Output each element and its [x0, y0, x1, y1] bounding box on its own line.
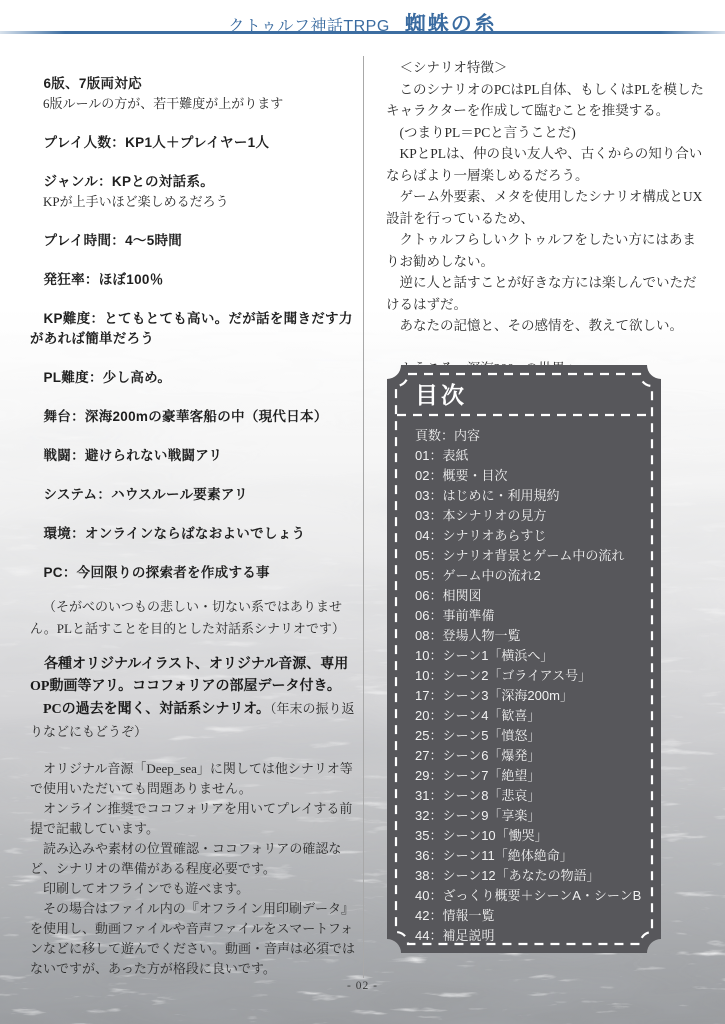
body-paragraph: オリジナル音源「Deep_sea」に関しては他シナリオ等で使用いただいても問題あ… — [30, 759, 362, 799]
toc-item: 29：シーン7「絶望」 — [415, 766, 649, 786]
toc-item: 42：情報一覧 — [415, 906, 649, 926]
spec-heading: PL難度：少し高め。 — [30, 368, 362, 388]
body-paragraph: ゲーム外要素、メタを使用したシナリオ構成とUX設計を行っているため、 — [386, 186, 706, 229]
body-paragraph: あなたの記憶と、その感情を、教えて欲しい。 — [386, 315, 706, 337]
feature-emphasis: 各種オリジナルイラスト、オリジナル音源、専用OP動画等アリ。ココフォリアの部屋デ… — [30, 654, 362, 698]
toc-item: 05：ゲーム中の流れ2 — [415, 566, 649, 586]
spec-heading: プレイ人数：KP1人＋プレイヤー1人 — [30, 133, 362, 153]
toc-title: 目次 — [415, 377, 467, 410]
body-paragraph: (つまりPL＝PCと言うことだ) — [386, 122, 706, 144]
toc-item: 06：相関図 — [415, 586, 649, 606]
body-paragraph: このシナリオのPCはPL自体、もしくはPLを模したキャラクターを作成して臨むこと… — [386, 79, 706, 122]
spec-heading: 戦闘：避けられない戦闘アリ — [30, 446, 362, 466]
left-column: 6版、7版両対応 6版ルールの方が、若干難度が上がります プレイ人数：KP1人＋… — [30, 74, 362, 979]
body-paragraph: 逆に人と話すことが好きな方には楽しんでいただけるはずだ。 — [386, 272, 706, 315]
right-column: ＜シナリオ特徴＞ このシナリオのPCはPL自体、もしくはPLを模したキャラクター… — [386, 57, 706, 379]
header-rule — [0, 31, 725, 34]
paren-note: （そがべのいつもの悲しい・切ない系ではありません。PLと話すことを目的とした対話… — [30, 596, 362, 640]
toc-item: 35：シーン10「慟哭」 — [415, 826, 649, 846]
body-paragraph: その場合はファイル内の『オフライン用印刷データ』を使用し、動画ファイルや音声ファ… — [30, 899, 362, 979]
spec-heading: 環境：オンラインならばなおよいでしょう — [30, 524, 362, 544]
toc-item: 06：事前準備 — [415, 606, 649, 626]
toc-item: 27：シーン6「爆発」 — [415, 746, 649, 766]
page-content: クトゥルフ神話TRPG蜘蛛の糸 6版、7版両対応 6版ルールの方が、若干難度が上… — [0, 0, 725, 1024]
spec-note: 6版ルールの方が、若干難度が上がります — [30, 94, 362, 114]
spec-note: KPが上手いほど楽しめるだろう — [30, 192, 362, 212]
toc-item: 36：シーン11「絶体絶命」 — [415, 846, 649, 866]
toc-item: 01：表紙 — [415, 446, 649, 466]
spec-heading: 舞台：深海200mの豪華客船の中（現代日本） — [30, 407, 362, 427]
toc-item: 05：シナリオ背景とゲーム中の流れ — [415, 546, 649, 566]
toc-item: 03：本シナリオの見方 — [415, 506, 649, 526]
toc-items: 01：表紙02：概要・目次03：はじめに・利用規約03：本シナリオの見方04：シ… — [415, 446, 649, 946]
toc-item: 03：はじめに・利用規約 — [415, 486, 649, 506]
page-number: - 02 - — [0, 980, 725, 992]
body-paragraph: KPとPLは、仲の良い友人や、古くからの知り合いならばより一層楽しめるだろう。 — [386, 143, 706, 186]
document-page: クトゥルフ神話TRPG蜘蛛の糸 6版、7版両対応 6版ルールの方が、若干難度が上… — [0, 0, 725, 1024]
toc-item: 20：シーン4「歓喜」 — [415, 706, 649, 726]
toc-item: 04：シナリオあらすじ — [415, 526, 649, 546]
toc-item: 31：シーン8「悲哀」 — [415, 786, 649, 806]
toc-item: 32：シーン9「享楽」 — [415, 806, 649, 826]
spec-heading: 発狂率：ほぼ100％ — [30, 270, 362, 290]
toc-item: 40：ざっくり概要＋シーンA・シーンB — [415, 886, 649, 906]
body-paragraph: クトゥルフらしいクトゥルフをしたい方にはあまりお勧めしない。 — [386, 229, 706, 272]
body-paragraph: 読み込みや素材の位置確認・ココフォリアの確認など、シナリオの準備がある程度必要で… — [30, 839, 362, 879]
scenario-features-title: ＜シナリオ特徴＞ — [386, 57, 706, 79]
feature-emphasis: PCの過去を聞く、対話系シナリオ。（年末の振り返りなどにもどうぞ） — [30, 698, 362, 743]
spec-heading: 6版、7版両対応 — [30, 74, 362, 94]
column-divider — [363, 56, 364, 978]
body-paragraph: オンライン推奨でココフォリアを用いてプレイする前提で記載しています。 — [30, 799, 362, 839]
toc-item: 08：登場人物一覧 — [415, 626, 649, 646]
spec-heading: システム：ハウスルール要素アリ — [30, 485, 362, 505]
emphasis-text: PCの過去を聞く、対話系シナリオ。 — [43, 702, 270, 717]
toc-item: 38：シーン12「あなたの物語」 — [415, 866, 649, 886]
toc-item: 02：概要・目次 — [415, 466, 649, 486]
spec-heading: ジャンル：KPとの対話系。 — [30, 172, 362, 192]
spec-heading: PC：今回限りの探索者を作成する事 — [30, 563, 362, 583]
toc-item: 10：シーン1「横浜へ」 — [415, 646, 649, 666]
toc-item: 44：補足説明 — [415, 926, 649, 946]
toc-list: 頁数：内容 01：表紙02：概要・目次03：はじめに・利用規約03：本シナリオの… — [415, 426, 649, 946]
toc-item: 25：シーン5「憤怒」 — [415, 726, 649, 746]
toc-item: 10：シーン2「ゴライアス号」 — [415, 666, 649, 686]
body-paragraph: 印刷してオフラインでも遊べます。 — [30, 879, 362, 899]
toc-header-row: 頁数：内容 — [415, 426, 649, 446]
spec-heading: KP難度：とてもとても高い。だが話を聞きだす力があれば簡単だろう — [30, 309, 362, 349]
spec-heading: プレイ時間：4～5時間 — [30, 231, 362, 251]
toc-box: 目次 頁数：内容 01：表紙02：概要・目次03：はじめに・利用規約03：本シナ… — [387, 365, 661, 953]
toc-item: 17：シーン3「深海200m」 — [415, 686, 649, 706]
